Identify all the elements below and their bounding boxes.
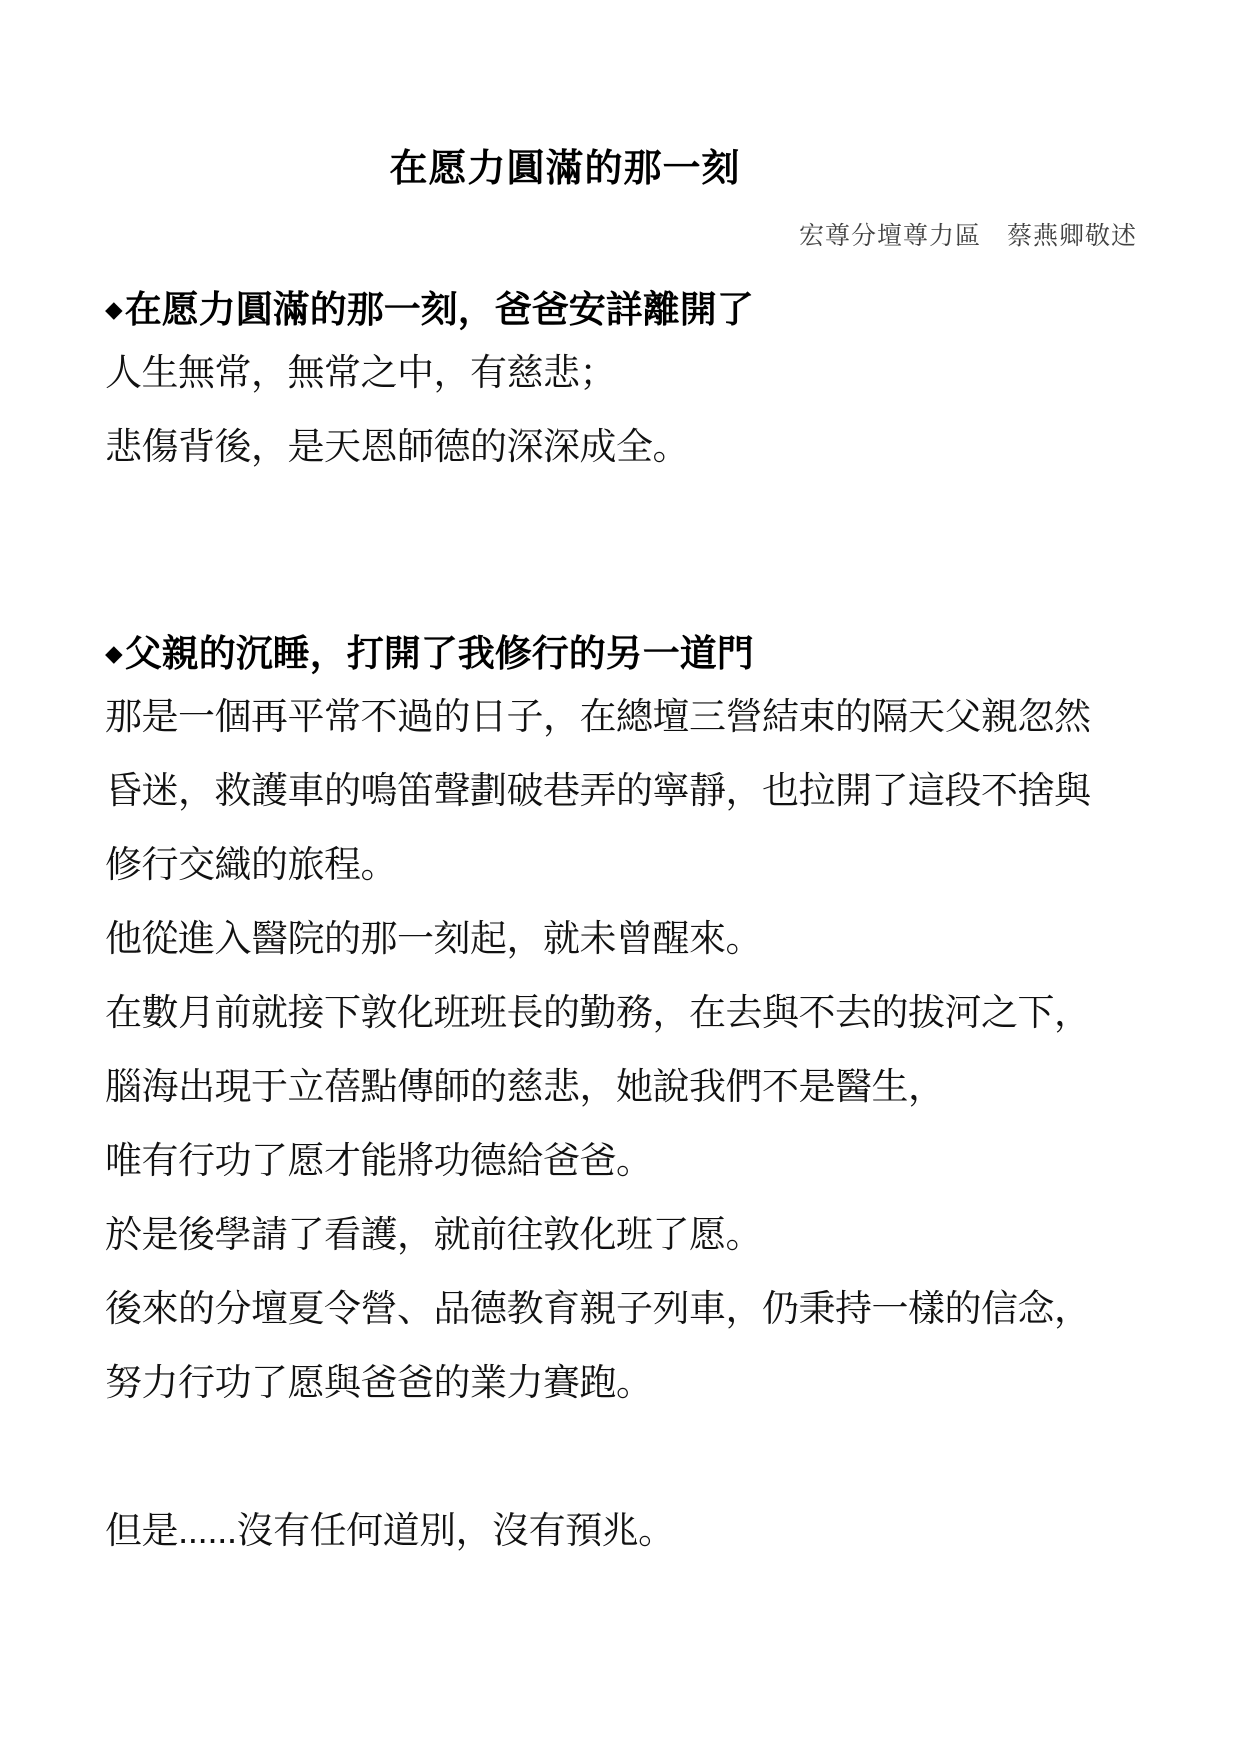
page-title: 在愿力圓滿的那一刻 [105,0,1025,196]
text-line: 他從進入醫院的那一刻起，就未曾醒來。 [105,902,1137,976]
section-1: ◆在愿力圓滿的那一刻，爸爸安詳離開了 人生無常，無常之中，有慈悲； 悲傷背後，是… [105,286,1137,484]
closing-line: 但是......沒有任何道別，沒有預兆。 [105,1494,1137,1568]
text-line: 在數月前就接下敦化班班長的勤務，在去與不去的拔河之下， [105,976,1137,1050]
text-line: 後來的分壇夏令營、品德教育親子列車，仍秉持一樣的信念， [105,1272,1137,1346]
text-line: 於是後學請了看護，就前往敦化班了愿。 [105,1198,1137,1272]
section-2-heading-text: 父親的沉睡，打開了我修行的另一道門 [125,633,754,674]
text-line: 昏迷，救護車的鳴笛聲劃破巷弄的寧靜，也拉開了這段不捨與 [105,754,1137,828]
section-2: ◆父親的沉睡，打開了我修行的另一道門 那是一個再平常不過的日子，在總壇三營結束的… [105,630,1137,1568]
text-line: 修行交織的旅程。 [105,828,1137,902]
text-line: 悲傷背後，是天恩師德的深深成全。 [105,410,1137,484]
section-1-heading-text: 在愿力圓滿的那一刻，爸爸安詳離開了 [125,289,754,330]
byline: 宏尊分壇尊力區 蔡燕卿敬述 [105,222,1137,250]
document-page: 在愿力圓滿的那一刻 宏尊分壇尊力區 蔡燕卿敬述 ◆在愿力圓滿的那一刻，爸爸安詳離… [0,0,1241,1755]
diamond-bullet-icon: ◆ [105,629,123,677]
section-1-heading: ◆在愿力圓滿的那一刻，爸爸安詳離開了 [105,286,1137,336]
page-content: 在愿力圓滿的那一刻 宏尊分壇尊力區 蔡燕卿敬述 ◆在愿力圓滿的那一刻，爸爸安詳離… [0,0,1241,1568]
text-line: 唯有行功了愿才能將功德給爸爸。 [105,1124,1137,1198]
text-line: 人生無常，無常之中，有慈悲； [105,336,1137,410]
diamond-bullet-icon: ◆ [105,285,123,333]
text-line: 努力行功了愿與爸爸的業力賽跑。 [105,1346,1137,1420]
text-line: 腦海出現于立蓓點傳師的慈悲，她說我們不是醫生， [105,1050,1137,1124]
text-line: 那是一個再平常不過的日子，在總壇三營結束的隔天父親忽然 [105,680,1137,754]
section-2-heading: ◆父親的沉睡，打開了我修行的另一道門 [105,630,1137,680]
